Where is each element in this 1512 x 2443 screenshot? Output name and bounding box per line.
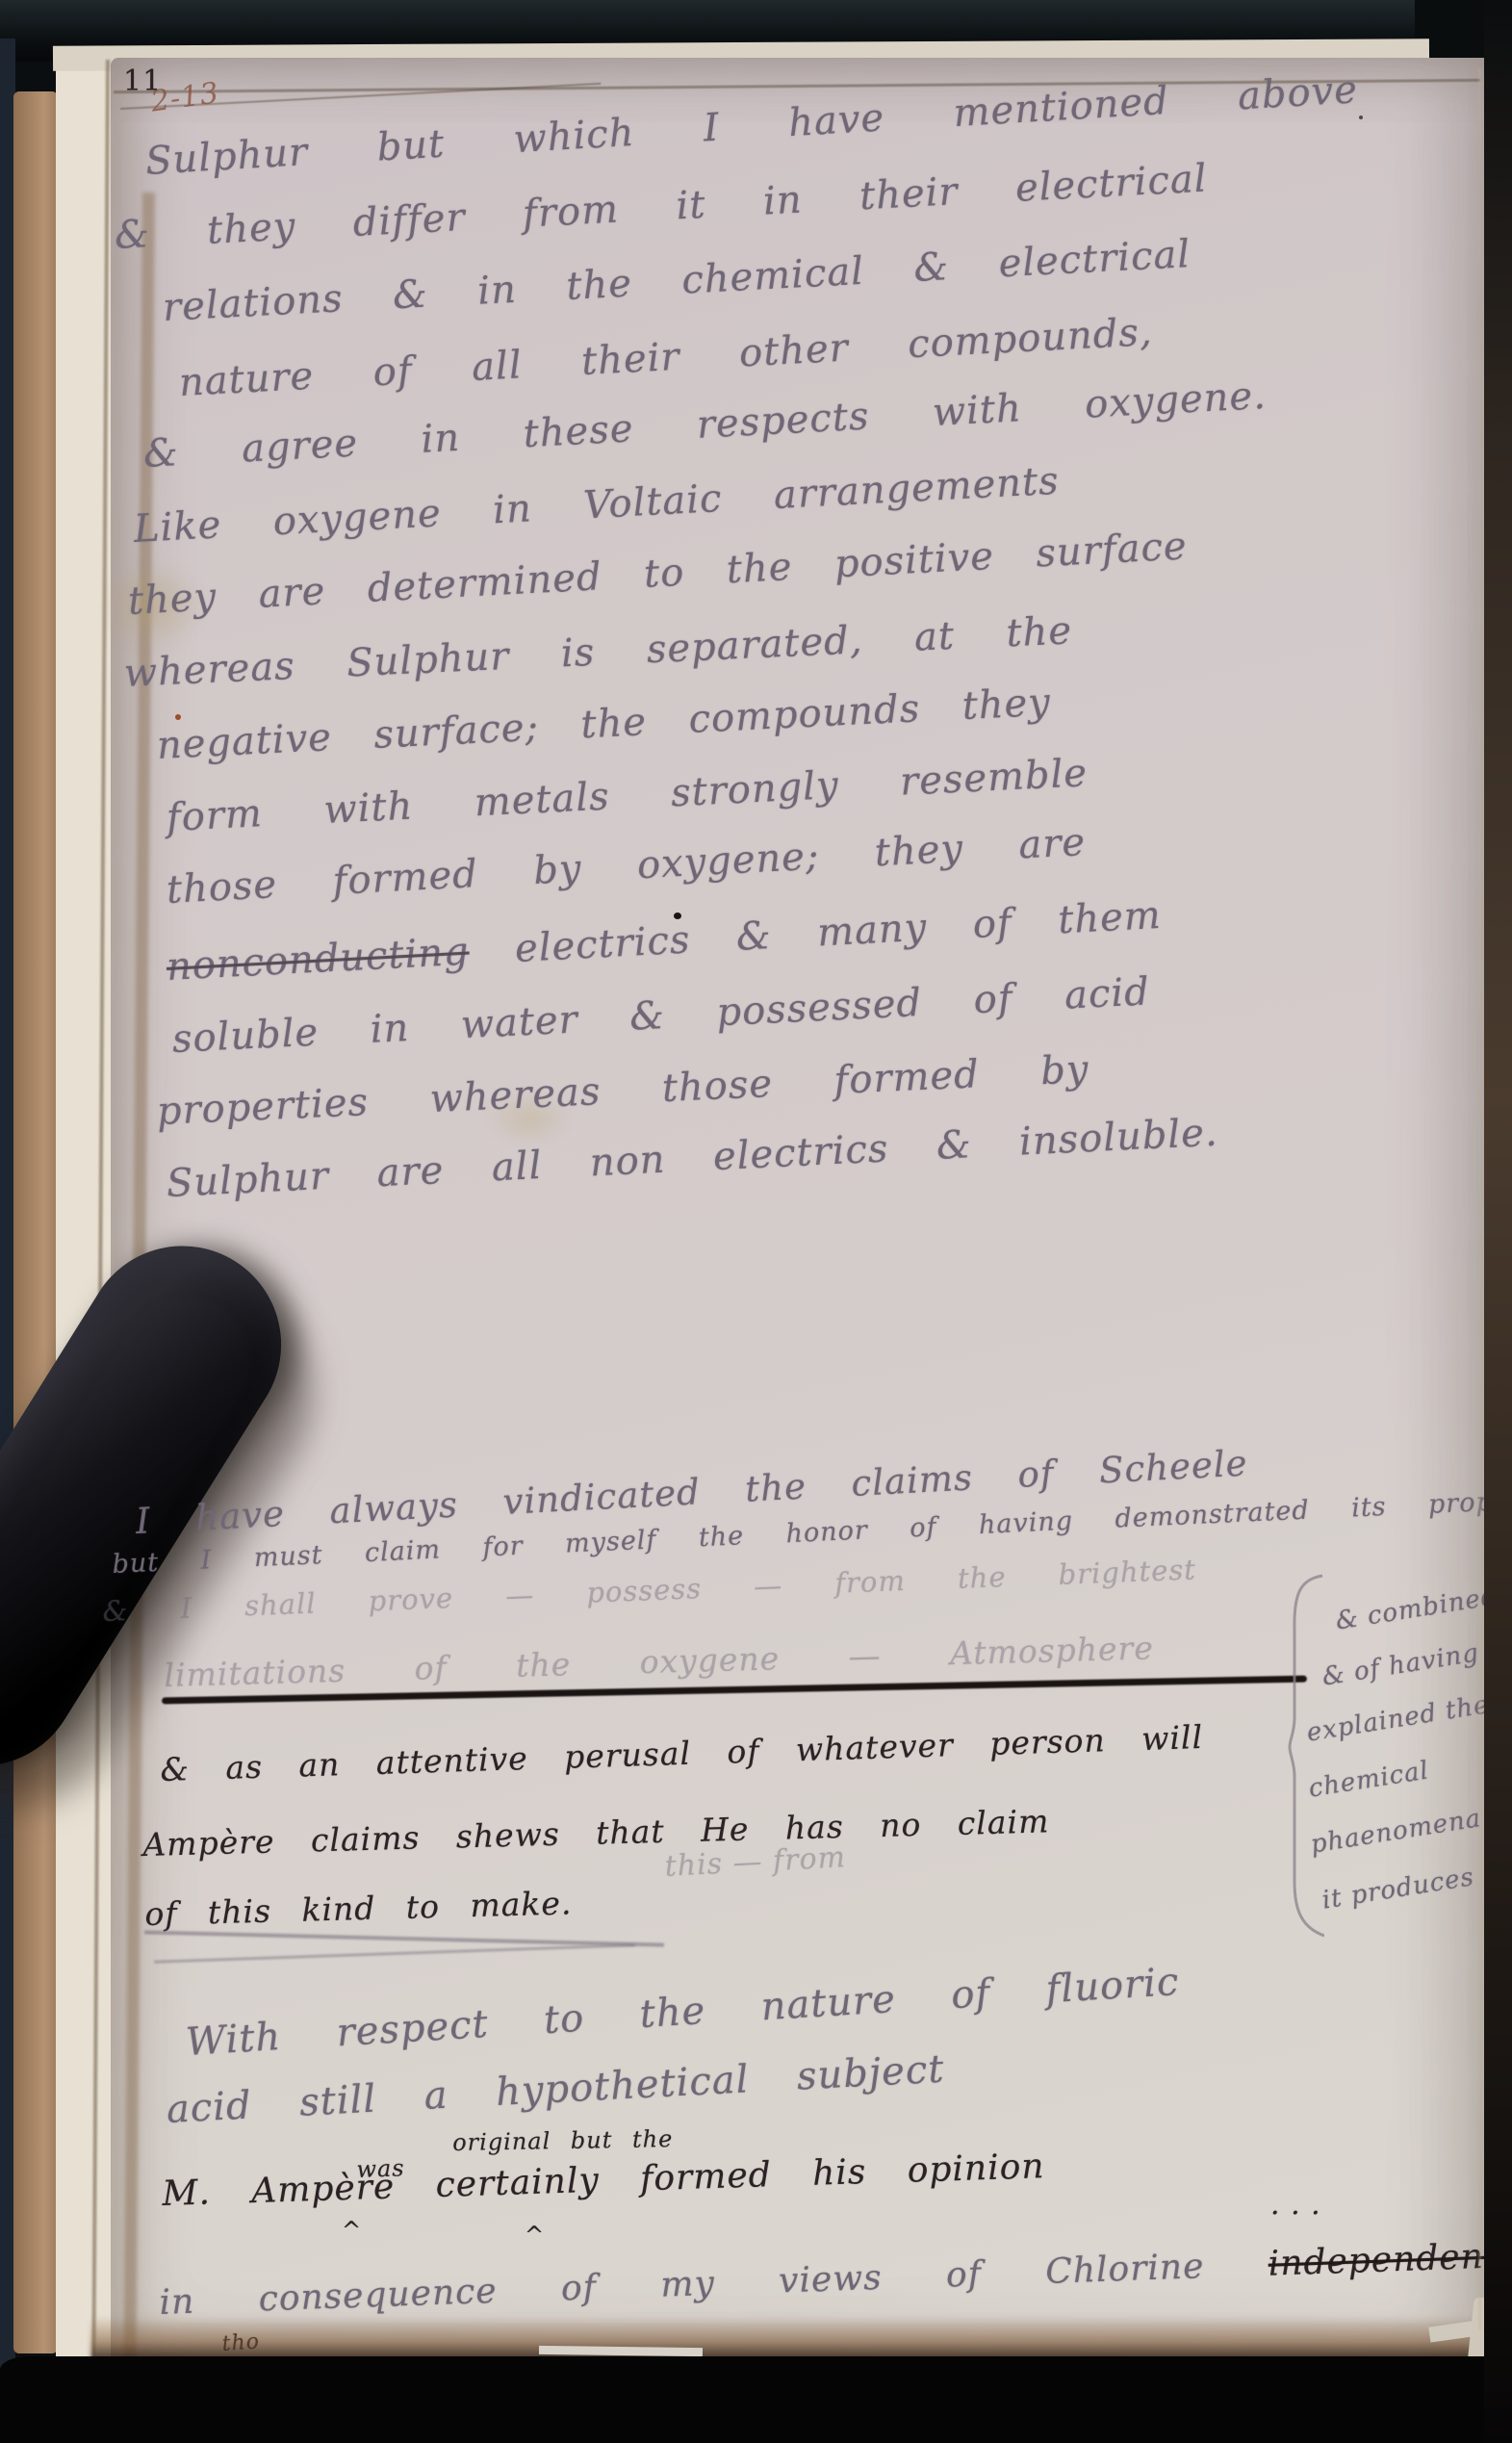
- margin-bracket: [1280, 1574, 1324, 1940]
- rust-speck: [175, 714, 181, 720]
- right-fore-edge-strip: [1484, 0, 1512, 2443]
- manuscript-photo: 11 2-13 Sulphur but which I have mention…: [0, 0, 1512, 2443]
- caret-mark: ^: [525, 2224, 545, 2247]
- page-edges-brown-strip: [13, 91, 58, 2353]
- trailing-dots: · · ·: [1270, 2199, 1321, 2228]
- page-fore-edge-highlight: [1478, 67, 1481, 2329]
- ink-speck: [1359, 116, 1363, 119]
- struck-ink-word: independently: [1268, 2235, 1512, 2284]
- interline-insertion: original but the: [452, 2127, 673, 2154]
- caret-mark: ^: [342, 2219, 362, 2242]
- burnt-bottom-fringe: [91, 2316, 1506, 2362]
- table-surface-black-band: [0, 2356, 1512, 2443]
